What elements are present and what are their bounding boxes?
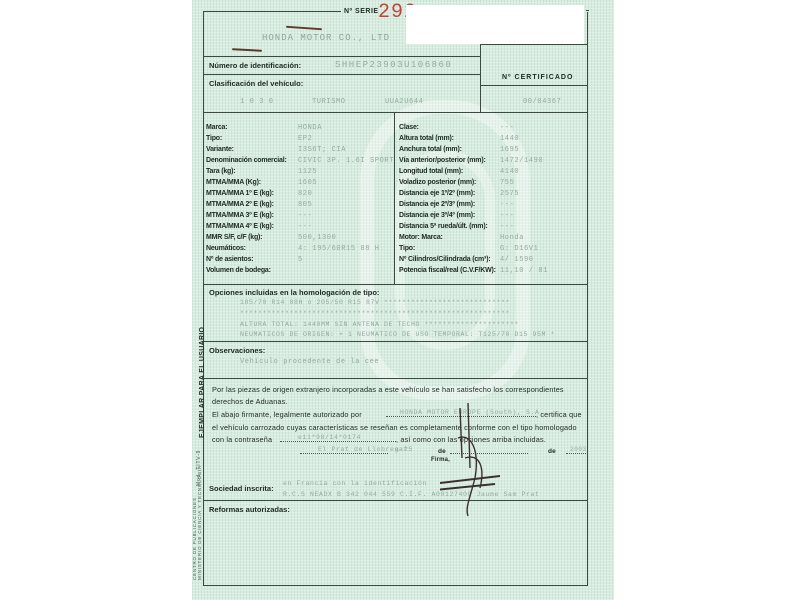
field-value: I3S6T; CIA bbox=[298, 146, 346, 154]
classification-code: 1 0 3 0 bbox=[240, 98, 274, 106]
field-label: MTMA/MMA 3º E (kg): bbox=[206, 212, 274, 219]
sign-day: a 25 bbox=[395, 446, 413, 453]
field-value: 755 bbox=[500, 179, 514, 187]
de-label: de bbox=[438, 448, 446, 455]
field-value: --- bbox=[500, 212, 514, 220]
divider bbox=[480, 44, 588, 45]
field-value: 1605 bbox=[298, 179, 317, 187]
field-label: Variante: bbox=[206, 146, 234, 153]
divider bbox=[203, 341, 588, 342]
field-label: Anchura total (mm): bbox=[399, 146, 462, 153]
field-label: Distancia 5ª rueda/últ. (mm): bbox=[399, 223, 488, 230]
field-value: --- bbox=[500, 124, 514, 132]
classification-label: Clasificación del vehículo: bbox=[209, 79, 303, 88]
field-label: MMR S/F, c/F (kg): bbox=[206, 234, 262, 241]
certificate-label: Nº CERTIFICADO bbox=[502, 74, 573, 81]
owner-name: HONDA MOTOR CO., LTD bbox=[262, 33, 390, 43]
publisher-line-2: MINISTERIO DE CIENCIA Y TECNOLOGÍA bbox=[197, 465, 202, 580]
field-value: 820 bbox=[298, 190, 312, 198]
field-value: G: D16V1 bbox=[500, 245, 538, 253]
field-label: Potencia fiscal/real (C.V.F/KW): bbox=[399, 267, 496, 274]
option-line: NEUMATICOS DE ORIGEN: + 1 NEUMATICO DE U… bbox=[240, 331, 555, 338]
password-suffix: , así como con las opciones arriba inclu… bbox=[396, 435, 546, 444]
field-label: MTMA/MMA 2º E (kg): bbox=[206, 201, 274, 208]
identification-value: SHHEP23903U106860 bbox=[335, 60, 452, 70]
field-label: Tipo: bbox=[206, 135, 222, 142]
field-value: --- bbox=[500, 201, 514, 209]
divider bbox=[203, 56, 480, 57]
field-label: Longitud total (mm): bbox=[399, 168, 463, 175]
field-value: --- bbox=[500, 223, 514, 231]
field-value: Honda bbox=[500, 234, 524, 242]
field-label: Tipo: bbox=[399, 245, 415, 252]
divider bbox=[394, 112, 395, 284]
identification-label: Número de identificación: bbox=[209, 61, 301, 70]
divider bbox=[203, 74, 480, 75]
field-value: HONDA bbox=[298, 124, 322, 132]
field-label: Nº de asientos: bbox=[206, 256, 253, 263]
certification-line-2: el vehículo carrozado cuyas característi… bbox=[212, 423, 577, 432]
classification-ref: UUA2U644 bbox=[385, 98, 423, 106]
observations-label: Observaciones: bbox=[209, 346, 265, 355]
field-value: --- bbox=[298, 212, 312, 220]
customs-line-1: Por las piezas de origen extranjero inco… bbox=[212, 385, 564, 394]
certification-suffix: , certifica que bbox=[536, 410, 582, 419]
divider bbox=[203, 284, 588, 285]
field-label: Altura total (mm): bbox=[399, 135, 454, 142]
password-label: con la contraseña bbox=[212, 435, 272, 444]
field-label: Vía anterior/posterior (mm): bbox=[399, 157, 486, 164]
field-label: Nº Cilindros/Cilindrada (cm³): bbox=[399, 256, 490, 263]
field-label: Motor: Marca: bbox=[399, 234, 443, 241]
field-label: Volumen de bodega: bbox=[206, 267, 271, 274]
field-value: 1440 bbox=[500, 135, 519, 143]
field-value: 4: 195/60R15 88 H bbox=[298, 245, 380, 253]
field-label: Voladizo posterior (mm): bbox=[399, 179, 476, 186]
field-label: MTMA/MMA 4º E (kg): bbox=[206, 223, 274, 230]
field-value: 11,10 / 81 bbox=[500, 267, 548, 275]
field-value: --- bbox=[298, 223, 312, 231]
sign-year: 2003 bbox=[570, 446, 587, 453]
field-label: Clase: bbox=[399, 124, 419, 131]
field-label: Distancia eje 3º/4º (mm): bbox=[399, 212, 475, 219]
field-value: 1125 bbox=[298, 168, 317, 176]
field-value: EP2 bbox=[298, 135, 312, 143]
classification-category: TURISMO bbox=[312, 98, 346, 106]
certification-prefix: El abajo firmante, legalmente autorizado… bbox=[212, 410, 362, 419]
frame-corner bbox=[586, 10, 589, 11]
field-label: Neumáticos: bbox=[206, 245, 246, 252]
field-value: 4140 bbox=[500, 168, 519, 176]
field-value: 2575 bbox=[500, 190, 519, 198]
field-label: MTMA/MMA (Kg): bbox=[206, 179, 261, 186]
field-value: 805 bbox=[298, 201, 312, 209]
field-label: Distancia eje 2º/3º (mm): bbox=[399, 201, 475, 208]
field-label: Tara (kg): bbox=[206, 168, 235, 175]
field-label: Marca: bbox=[206, 124, 227, 131]
reforms-label: Reformas autorizadas: bbox=[209, 505, 290, 514]
option-line: ALTURA TOTAL: 1440MM SIN ANTENA DE TECHO… bbox=[240, 321, 519, 328]
option-line: ****************************************… bbox=[240, 310, 510, 317]
field-value: 500,1300 bbox=[298, 234, 336, 242]
options-label: Opciones incluidas en la homologación de… bbox=[209, 288, 379, 297]
homologation-password: e11*98/14*0174 bbox=[298, 434, 361, 441]
de-label: de bbox=[548, 448, 556, 455]
signature-label: Firma, bbox=[431, 457, 450, 463]
divider bbox=[203, 500, 588, 501]
divider bbox=[203, 378, 588, 379]
dotted-line bbox=[450, 446, 528, 454]
field-label: Distancia eje 1º/2º (mm): bbox=[399, 190, 475, 197]
field-value: 4/ 1590 bbox=[500, 256, 534, 264]
field-label: MTMA/MMA 1º E (kg): bbox=[206, 190, 274, 197]
divider bbox=[480, 85, 588, 86]
society-line-1: en Francia con la identificación bbox=[283, 480, 427, 487]
field-label: Denominación comercial: bbox=[206, 157, 287, 164]
divider bbox=[480, 44, 481, 112]
field-value: 1472/1490 bbox=[500, 157, 543, 165]
field-value: 1695 bbox=[500, 146, 519, 154]
field-value: CIVIC 3P. 1.6I SPORT bbox=[298, 157, 394, 165]
certificate-number: 00/04367 bbox=[523, 98, 561, 106]
customs-line-2: derechos de Aduanas. bbox=[212, 397, 288, 406]
divider bbox=[203, 112, 588, 113]
society-label: Sociedad inscrita: bbox=[209, 484, 274, 493]
copy-label: EJEMPLAR PARA EL USUARIO bbox=[199, 327, 206, 438]
society-line-2: R.C.S NEADX B 342 044 559 C.I.F. A001274… bbox=[283, 491, 540, 498]
authorized-by: HONDA MOTOR EUROPE (South), S.A. bbox=[400, 409, 544, 416]
option-line: 185/70 R14 88H ó 205/50 R15 87V ********… bbox=[240, 299, 510, 306]
observations-value: Vehículo procedente de la cee bbox=[240, 358, 379, 366]
field-value: 5 bbox=[298, 256, 303, 264]
